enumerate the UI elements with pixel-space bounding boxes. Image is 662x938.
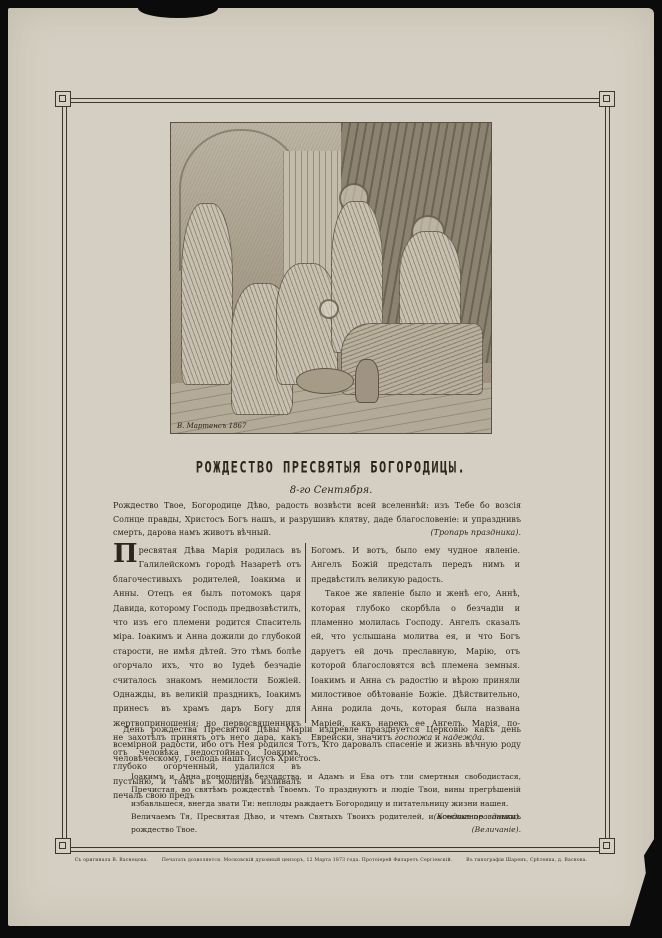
- page-title: РОЖДЕСТВО ПРЕСВЯТЫЯ БОГОРОДИЦЫ.: [0, 458, 662, 477]
- megalynarion-text: Величаемъ Тя, Пресвятая Дѣво, и чтемъ Св…: [131, 812, 521, 834]
- drop-cap: П: [113, 543, 138, 565]
- greek-key-corner-icon: [599, 838, 615, 854]
- nativity-engraving: В. Мартенсъ 1867: [170, 122, 492, 434]
- engraving-basin: [296, 368, 354, 394]
- greek-key-corner-icon: [599, 91, 615, 107]
- troparion: Рождество Твое, Богородице Дѣво, радость…: [113, 499, 521, 540]
- megalynarion: Величаемъ Тя, Пресвятая Дѣво, и чтемъ Св…: [131, 810, 521, 837]
- footer-printer: Въ типографіи Шаренъ, Срѣтенка, д. Васно…: [466, 858, 587, 863]
- greek-key-corner-icon: [55, 91, 71, 107]
- imprint-footer: Съ оригинала В. Васнецова. Печатать дозв…: [0, 858, 662, 863]
- closing-paragraph: День рождества Пресвятой Дѣвы Маріи издр…: [113, 722, 521, 766]
- halo-infant-icon: [319, 299, 339, 319]
- kontakion-text: Іоакимъ и Анна поношенія безчадства, и А…: [131, 772, 521, 808]
- footer-censor: Печатать дозволяется. Московскій духовны…: [162, 858, 453, 863]
- engraving-signature: В. Мартенсъ 1867: [177, 422, 246, 430]
- right-column-paragraph-2: Такое же явленіе было и женѣ его, Аннѣ, …: [311, 586, 520, 744]
- troparion-attribution: (Тропарь праздника).: [431, 526, 521, 540]
- right-column-paragraph-1: Богомъ. И вотъ, было ему чудное явленіе.…: [311, 543, 520, 586]
- engraving-jar: [355, 359, 379, 403]
- figure-midwife: [276, 263, 338, 385]
- greek-key-corner-icon: [55, 838, 71, 854]
- right-column: Богомъ. И вотъ, было ему чудное явленіе.…: [311, 543, 520, 745]
- megalynarion-attribution: (Величаніе).: [472, 823, 521, 836]
- figure-attendant: [181, 203, 233, 385]
- footer-source: Съ оригинала В. Васнецова.: [75, 858, 149, 863]
- column-divider: [305, 543, 306, 723]
- feast-date: 8-го Сентября.: [0, 485, 662, 496]
